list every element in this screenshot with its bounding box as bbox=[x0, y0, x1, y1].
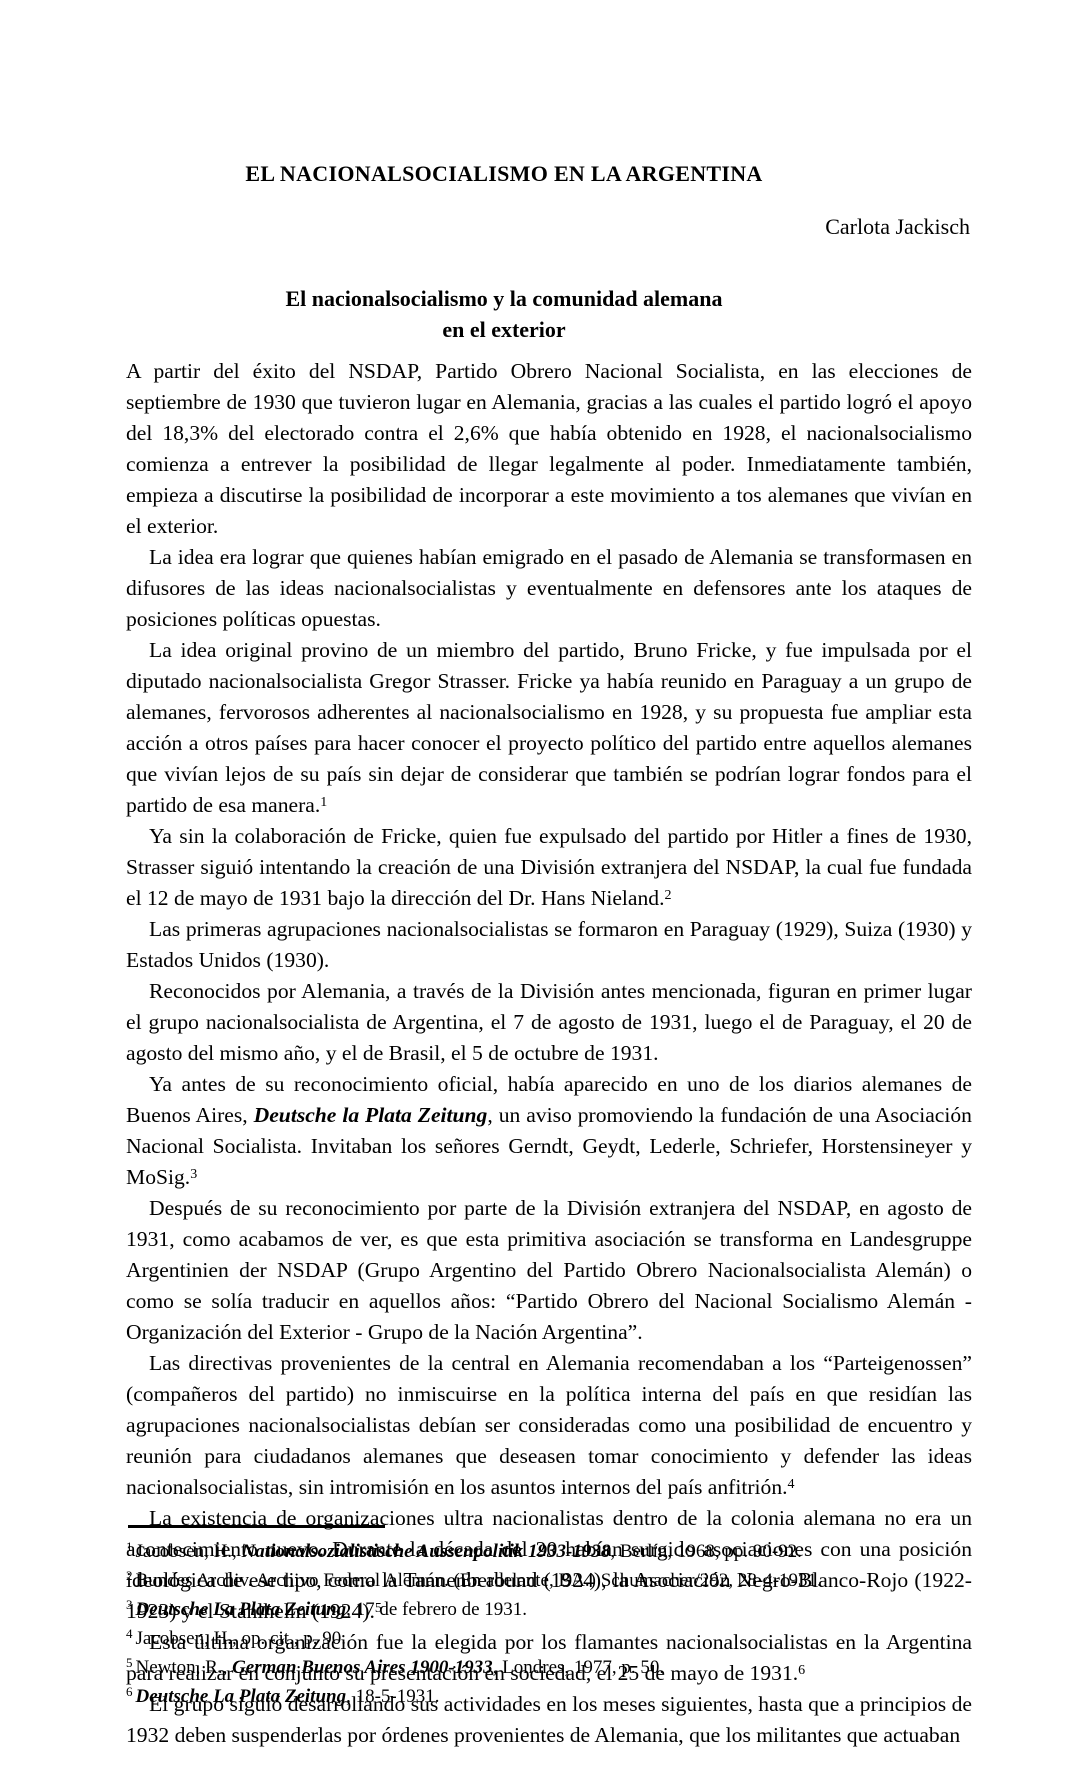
body-paragraph: La idea original provino de un miembro d… bbox=[126, 635, 972, 821]
text-run: Las primeras agrupaciones nacionalsocial… bbox=[126, 917, 972, 972]
text-run: A partir del éxito del NSDAP, Partido Ob… bbox=[126, 359, 972, 538]
body-paragraph: Reconocidos por Alemania, a través de la… bbox=[126, 976, 972, 1069]
footnote-number: 3 bbox=[126, 1597, 133, 1612]
text-run: , Londres, 1977, p. 50. bbox=[493, 1657, 665, 1678]
document-page: EL NACIONALSOCIALISMO EN LA ARGENTINA Ca… bbox=[0, 0, 1088, 1792]
body-paragraph: Las primeras agrupaciones nacionalsocial… bbox=[126, 914, 972, 976]
footnote-ref: 1 bbox=[320, 795, 327, 810]
footnote-number: 2 bbox=[126, 1568, 133, 1583]
publication-title: Deutsche la Plata Zeitung bbox=[254, 1103, 488, 1127]
text-run: Las directivas provenientes de la centra… bbox=[126, 1351, 972, 1499]
footnote-number: 6 bbox=[126, 1684, 133, 1699]
footnote-item: 1Jacobsen, H., Nationalsozialistische Au… bbox=[126, 1537, 972, 1566]
text-run: Jacobsen, H., bbox=[136, 1541, 242, 1562]
body-paragraph: La idea era lograr que quienes habían em… bbox=[126, 542, 972, 635]
publication-title: German Buenos Aires 1900-1933 bbox=[232, 1657, 493, 1678]
body-paragraph: Ya antes de su reconocimiento oficial, h… bbox=[126, 1069, 972, 1193]
document-title: EL NACIONALSOCIALISMO EN LA ARGENTINA bbox=[126, 158, 970, 189]
footnote-ref: 3 bbox=[190, 1167, 197, 1182]
publication-title: Nationalsozialistische Aussenpolitik 193… bbox=[242, 1541, 611, 1562]
body-paragraph: Las directivas provenientes de la centra… bbox=[126, 1348, 972, 1503]
footnote-item: 2Bundes Archiv. Archivo Federal Alemán. … bbox=[126, 1566, 972, 1595]
footnote-rule bbox=[128, 1525, 385, 1528]
footnote-number: 4 bbox=[126, 1626, 133, 1641]
body-paragraph: Ya sin la colaboración de Fricke, quien … bbox=[126, 821, 972, 914]
text-run: Bundes Archiv. Archivo Federal Alemán. (… bbox=[136, 1570, 822, 1591]
text-run: Después de su reconocimiento por parte d… bbox=[126, 1196, 972, 1344]
section-heading-line1: El nacionalsocialismo y la comunidad ale… bbox=[126, 283, 882, 314]
footnote-item: 5Newton, R., German Buenos Aires 1900-19… bbox=[126, 1653, 972, 1682]
text-run: , 17 de febrero de 1931. bbox=[346, 1599, 527, 1620]
text-run: , 18-5-1931. bbox=[346, 1686, 439, 1707]
author-name: Carlota Jackisch bbox=[126, 211, 970, 242]
text-run: Ya sin la colaboración de Fricke, quien … bbox=[126, 824, 972, 910]
publication-title: Deutsche La Plata Zeitung bbox=[136, 1599, 347, 1620]
text-run: Reconocidos por Alemania, a través de la… bbox=[126, 979, 972, 1065]
text-run: , Berlín, 1968, pp. 90-92. bbox=[610, 1541, 802, 1562]
footnote-section: 1Jacobsen, H., Nationalsozialistische Au… bbox=[126, 1525, 972, 1711]
footnote-number: 1 bbox=[126, 1539, 133, 1554]
text-run: Newton, R., bbox=[136, 1657, 233, 1678]
footnote-item: 3Deutsche La Plata Zeitung, 17 de febrer… bbox=[126, 1595, 972, 1624]
footnote-ref: 2 bbox=[664, 888, 671, 903]
section-heading: El nacionalsocialismo y la comunidad ale… bbox=[126, 283, 970, 345]
text-run: La idea era lograr que quienes habían em… bbox=[126, 545, 972, 631]
footnote-item: 6Deutsche La Plata Zeitung, 18-5-1931. bbox=[126, 1682, 972, 1711]
footnote-number: 5 bbox=[126, 1655, 133, 1670]
footnote-ref: 4 bbox=[788, 1477, 795, 1492]
publication-title: Deutsche La Plata Zeitung bbox=[136, 1686, 347, 1707]
body-paragraph: Después de su reconocimiento por parte d… bbox=[126, 1193, 972, 1348]
footnote-item: 4Jacobsen, H., op. cit., p. 90. bbox=[126, 1624, 972, 1653]
footnote-list: 1Jacobsen, H., Nationalsozialistische Au… bbox=[126, 1537, 972, 1711]
section-heading-line2: en el exterior bbox=[126, 314, 882, 345]
text-run: Jacobsen, H., op. cit., p. 90. bbox=[136, 1628, 347, 1649]
body-paragraph: A partir del éxito del NSDAP, Partido Ob… bbox=[126, 356, 972, 542]
text-run: La idea original provino de un miembro d… bbox=[126, 638, 972, 817]
